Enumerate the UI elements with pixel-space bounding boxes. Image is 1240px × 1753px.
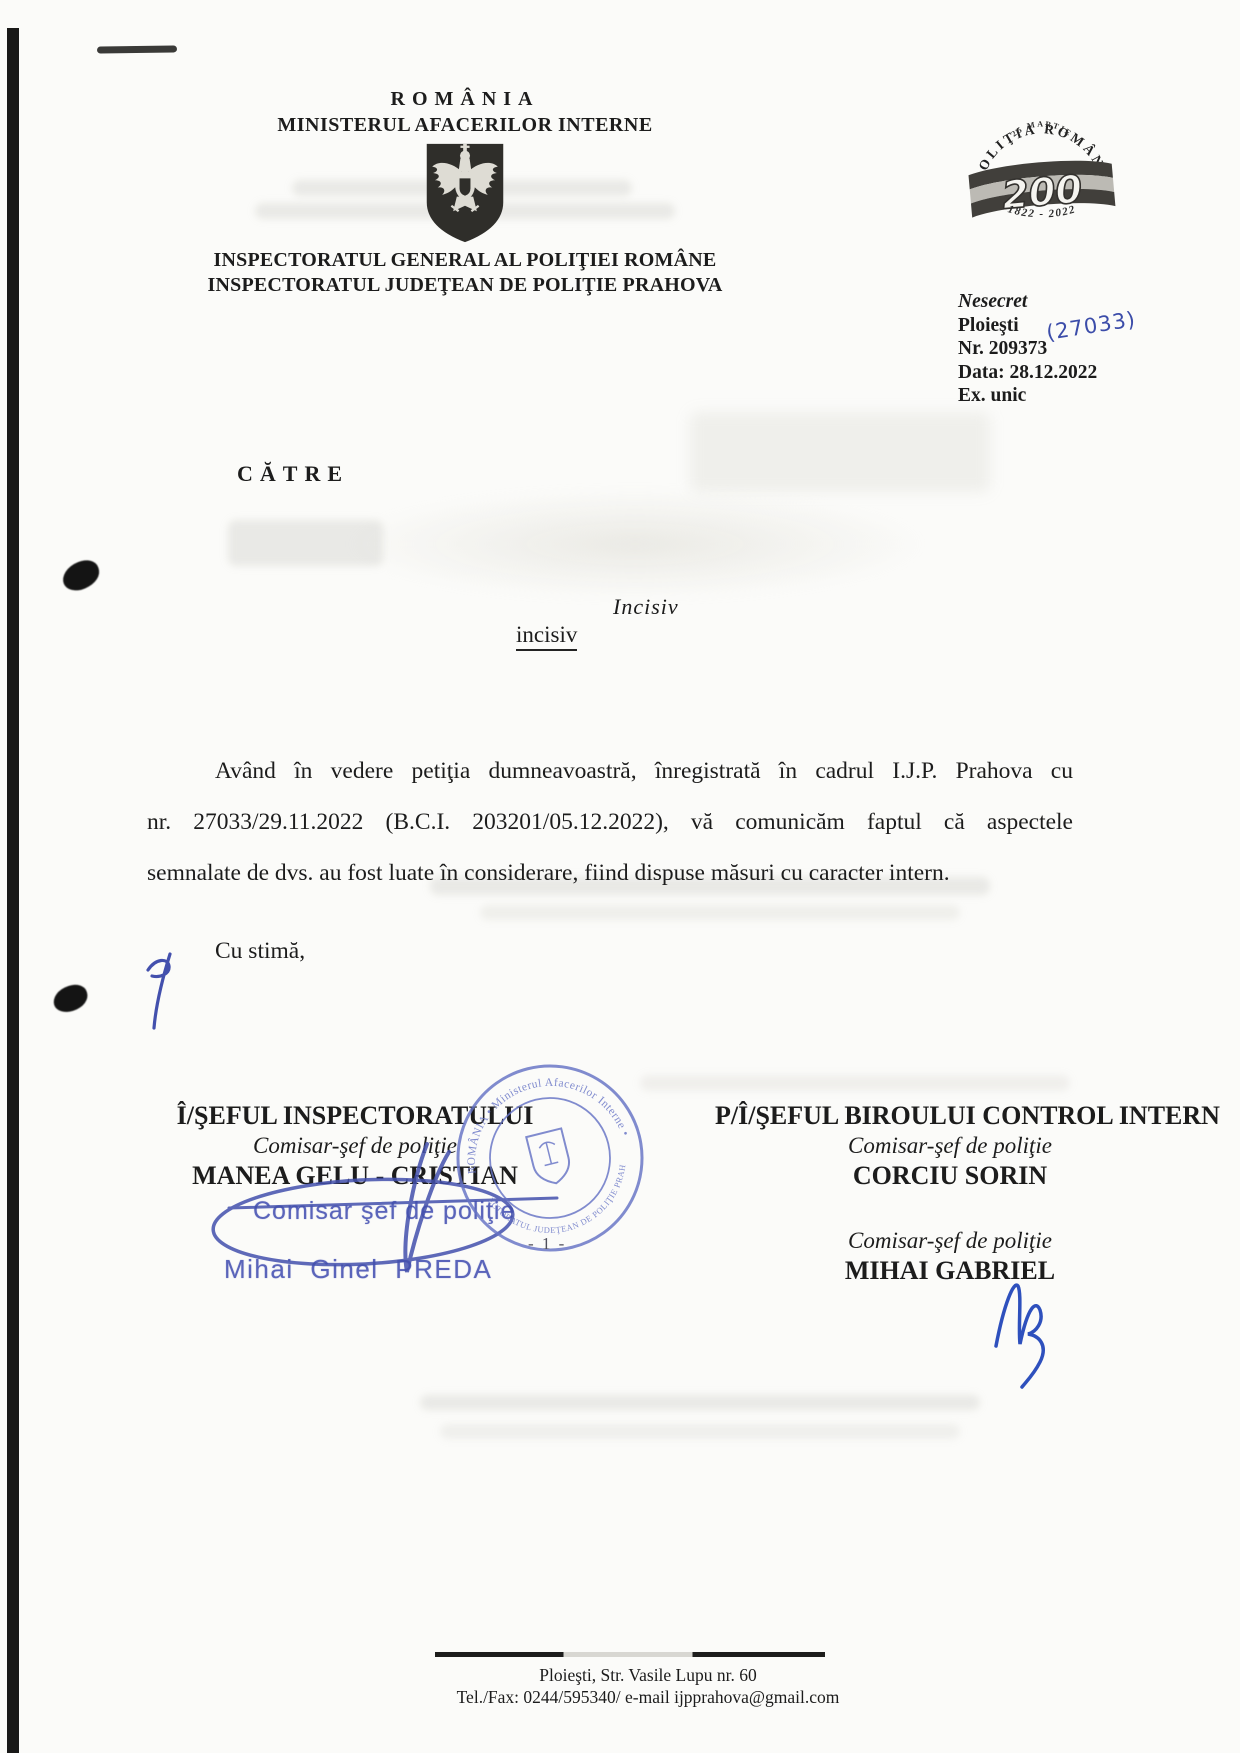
inspectorate-county-title: INSPECTORATUL JUDEŢEAN DE POLIŢIE PRAHOV… <box>165 273 765 298</box>
footer: Ploieşti, Str. Vasile Lupu nr. 60 Tel./F… <box>413 1664 883 1708</box>
scan-artifact <box>690 412 990 492</box>
body-line: Având în vedere petiţia dumneavoastră, î… <box>147 746 1073 797</box>
right-signer-name: CORCIU SORIN <box>715 1161 1185 1191</box>
inspectorate-general-title: INSPECTORATUL GENERAL AL POLIŢIEI ROMÂNE <box>165 248 765 273</box>
body-line: semnalate de dvs. au fost luate în consi… <box>147 848 1073 899</box>
stamp-top-arc-text: ROMÂNIA • Ministerul Afacerilor Interne … <box>448 1059 631 1176</box>
ministry-title: MINISTERUL AFACERILOR INTERNE <box>165 114 765 137</box>
date-label: Data: 28.12.2022 <box>958 361 1097 385</box>
handwritten-p-mark <box>142 950 182 1030</box>
body-line: nr. 27033/29.11.2022 (B.C.I. 203201/05.1… <box>147 797 1073 848</box>
page-number: - 1 - <box>528 1234 566 1254</box>
punch-hole-mark <box>58 556 103 595</box>
closing-phrase: Cu stimă, <box>215 938 305 965</box>
addressee-underlined: incisiv <box>516 622 577 651</box>
right-signature-block: P/Î/ŞEFUL BIROULUI CONTROL INTERN Comisa… <box>715 1101 1185 1191</box>
svg-text:ROMÂNIA • Ministerul Afacerilo: ROMÂNIA • Ministerul Afacerilor Interne … <box>448 1059 631 1176</box>
copy-label: Ex. unic <box>958 384 1097 408</box>
footer-contact: Tel./Fax: 0244/595340/ e-mail ijpprahova… <box>413 1686 883 1708</box>
document-meta: Nesecret Ploieşti Nr. 209373 Data: 28.12… <box>958 290 1097 408</box>
footer-divider <box>435 1652 825 1657</box>
letter-body: Având în vedere petiţia dumneavoastră, î… <box>147 746 1073 899</box>
addressee-italic: Incisiv <box>613 594 679 620</box>
right-signer-title: P/Î/ŞEFUL BIROULUI CONTROL INTERN <box>715 1101 1185 1131</box>
scan-edge-strip <box>7 28 19 1753</box>
letterhead: ROMÂNIA MINISTERUL AFACERILOR INTERNE IN… <box>165 88 765 298</box>
handwritten-signature <box>988 1274 1078 1389</box>
classification-label: Nesecret <box>958 290 1097 314</box>
scan-artifact <box>480 905 960 920</box>
scan-artifact <box>420 1395 980 1410</box>
countersigner-rank: Comisar-şef de poliţie <box>715 1226 1185 1256</box>
right-signer-rank: Comisar-şef de poliţie <box>715 1131 1185 1161</box>
scan-artifact <box>440 1424 960 1439</box>
countersigner-name: MIHAI GABRIEL <box>715 1256 1185 1286</box>
coat-of-arms-icon <box>424 142 506 244</box>
scan-artifact <box>640 1075 1070 1091</box>
scanned-letter-page: ROMÂNIA MINISTERUL AFACERILOR INTERNE IN… <box>0 0 1240 1753</box>
salutation: CĂTRE <box>237 461 349 487</box>
right-countersigner-block: Comisar-şef de poliţie MIHAI GABRIEL <box>715 1226 1185 1286</box>
scan-artifact <box>97 45 177 53</box>
footer-address: Ploieşti, Str. Vasile Lupu nr. 60 <box>413 1664 883 1686</box>
country-title: ROMÂNIA <box>165 88 765 111</box>
punch-hole-mark <box>50 981 91 1016</box>
anniversary-200-logo: POLIŢIA ROMÂNĂ 25 MARTIE 200 1822 - 2022 <box>956 112 1128 242</box>
redaction-whiteout <box>350 490 920 598</box>
registration-number: Nr. 209373 <box>958 337 1097 361</box>
